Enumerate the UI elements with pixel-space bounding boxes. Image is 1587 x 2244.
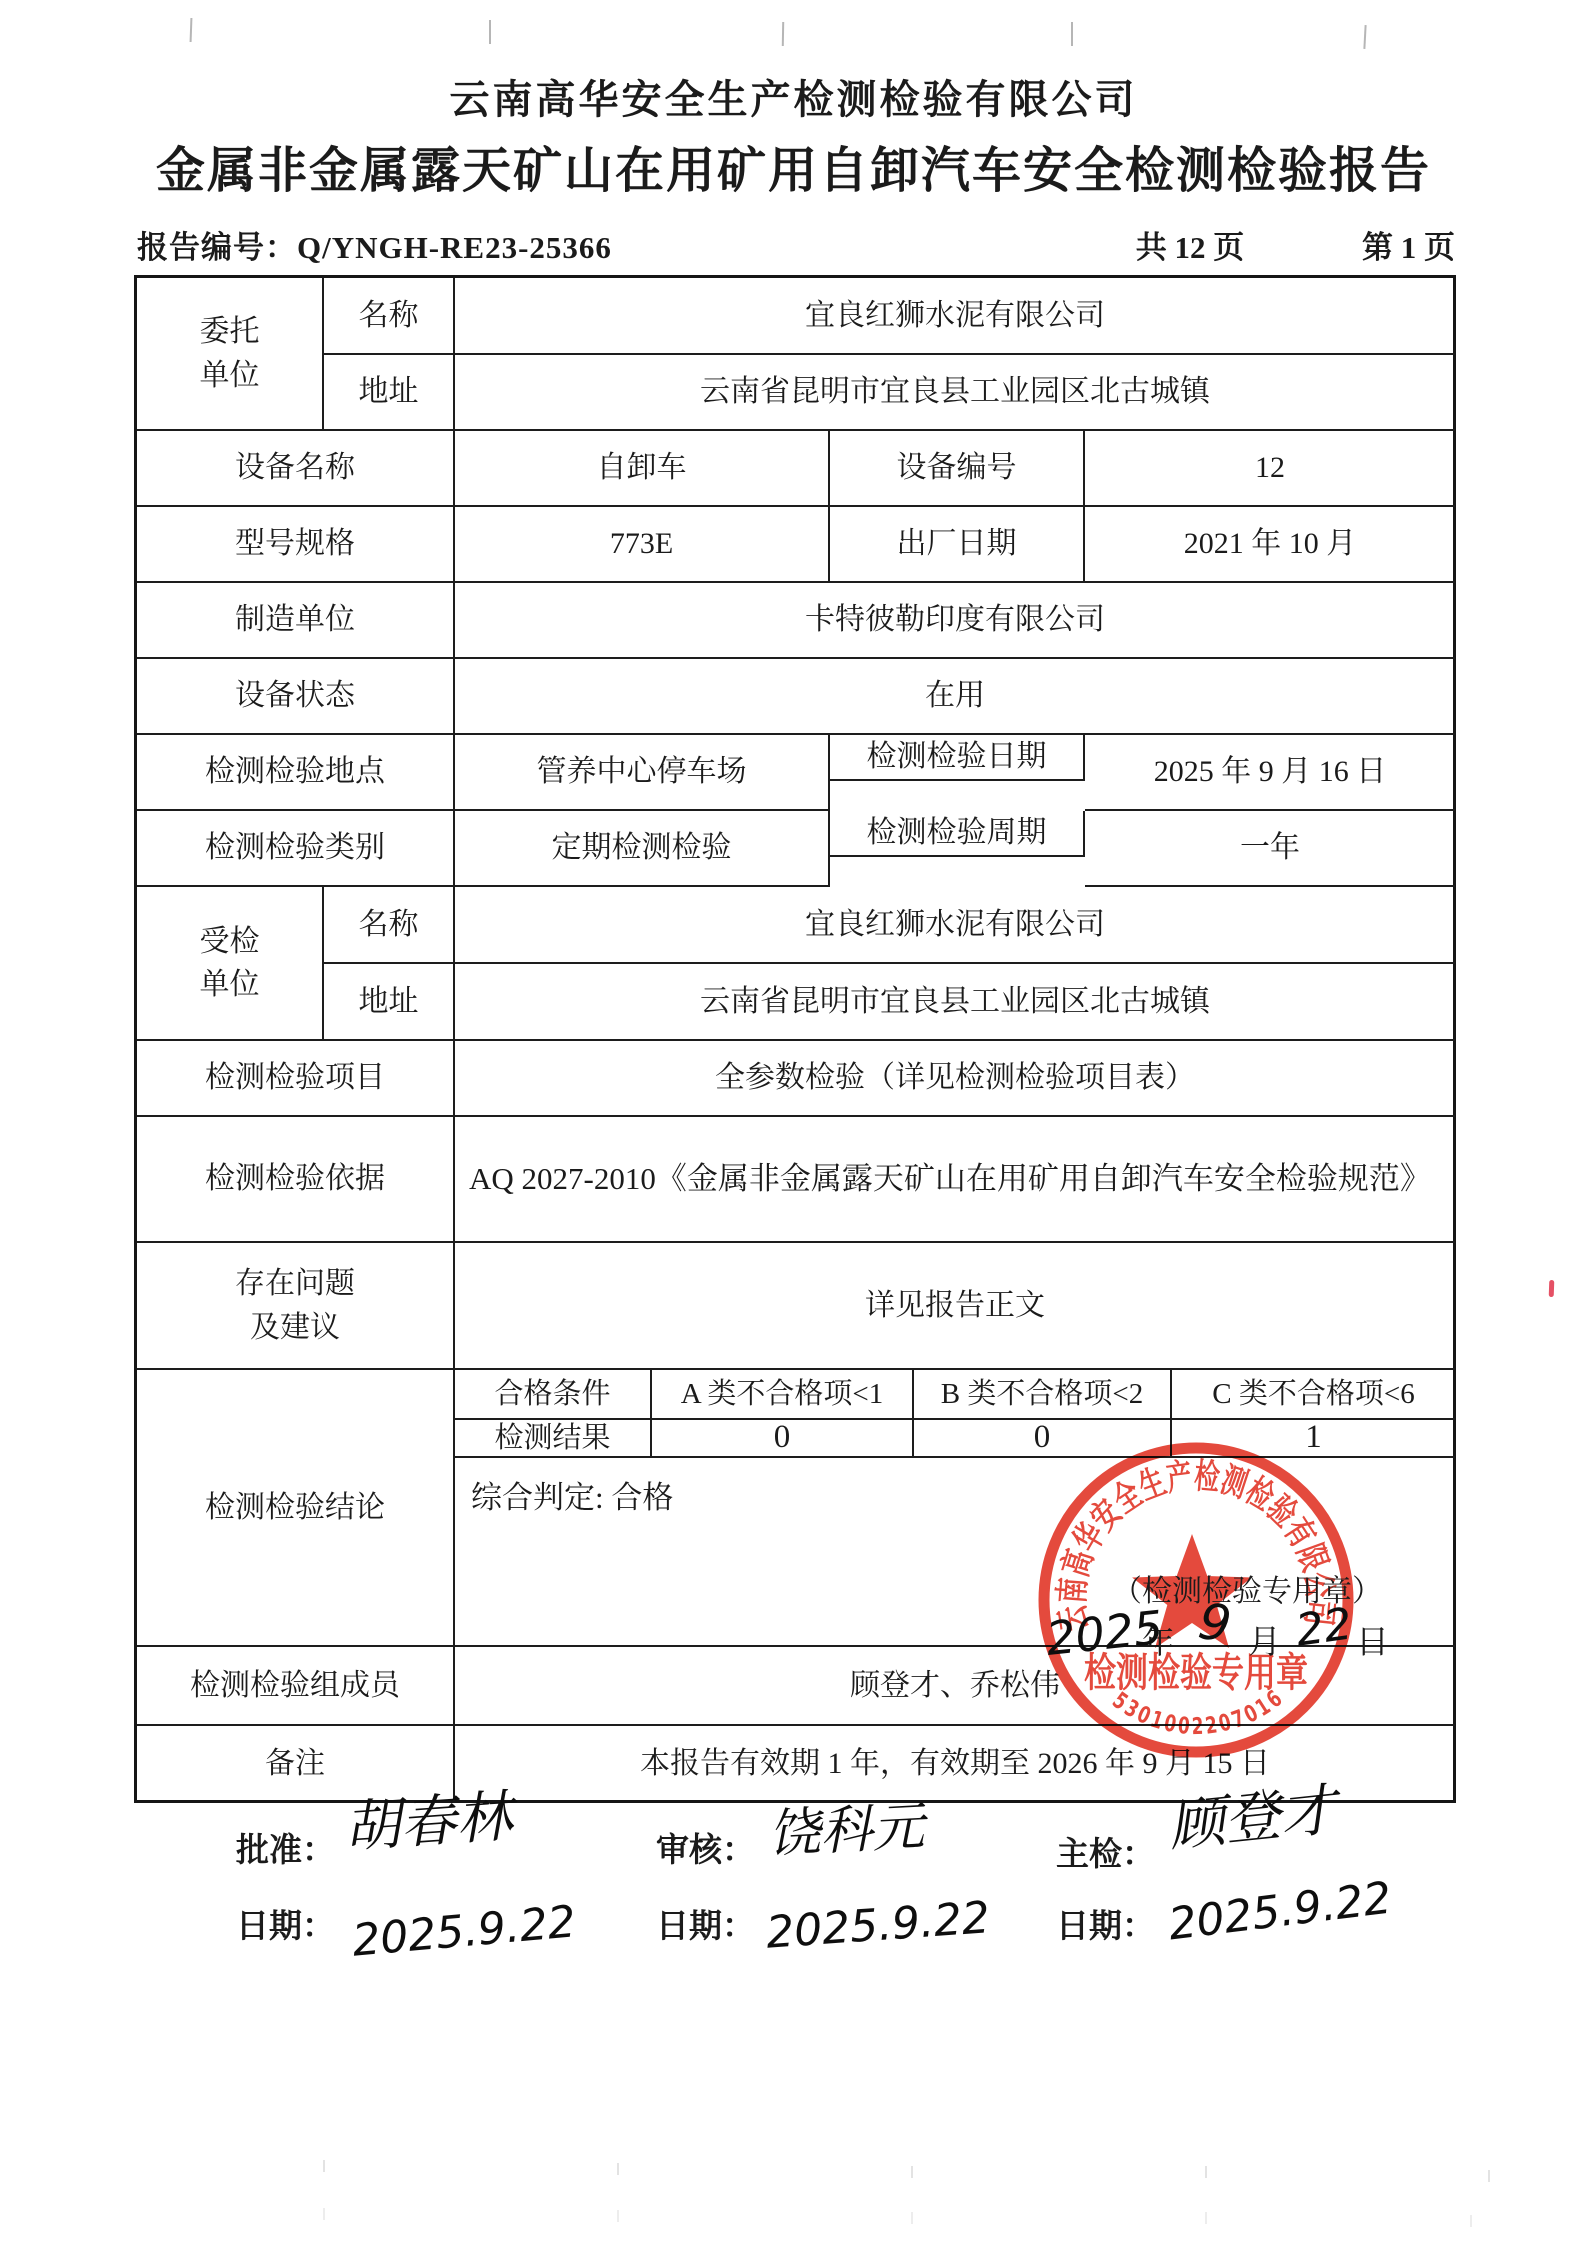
conclusion-label: 检测检验结论	[137, 1370, 455, 1647]
result-label: 检测结果	[455, 1420, 652, 1458]
company-name: 云南高华安全生产检测检验有限公司	[0, 68, 1587, 125]
scan-tick	[1071, 22, 1073, 46]
review-date-label: 日期：	[656, 1900, 755, 1947]
cond-a: A 类不合格项<1	[652, 1370, 914, 1420]
inspected-group-label: 受检 单位	[137, 887, 324, 1041]
report-number: 报告编号：Q/YNGH-RE23-25366	[137, 222, 612, 267]
page-indicator: 共 12 页 第 1 页	[1026, 222, 1455, 267]
inspected-addr-label: 地址	[324, 964, 455, 1041]
mfg-date-label: 出厂日期	[830, 507, 1085, 583]
type-label: 检测检验类别	[137, 811, 455, 887]
client-addr-value: 云南省昆明市宜良县工业园区北古城镇	[455, 355, 1455, 431]
basis-label: 检测检验依据	[137, 1117, 455, 1243]
chief-date: 2025.9.22	[1166, 1873, 1394, 1951]
maker-label: 制造单位	[137, 583, 455, 659]
device-no-value: 12	[1085, 431, 1455, 507]
report-title: 金属非金属露天矿山在用矿用自卸汽车安全检测检验报告	[0, 132, 1587, 202]
seal-date-month-unit: 月	[1248, 1616, 1281, 1663]
review-signature: 饶科元	[766, 1784, 926, 1867]
status-label: 设备状态	[137, 659, 455, 735]
place-label: 检测检验地点	[137, 735, 455, 811]
cond-b: B 类不合格项<2	[914, 1370, 1172, 1420]
seal-date-day-hand: 22	[1293, 1598, 1356, 1656]
chief-signature: 顾登才	[1164, 1765, 1339, 1862]
result-a: 0	[652, 1420, 914, 1458]
scan-tick	[782, 22, 784, 46]
client-name-label: 名称	[324, 278, 455, 355]
scan-tick	[190, 18, 193, 42]
client-addr-label: 地址	[324, 355, 455, 431]
inspected-name-label: 名称	[324, 887, 455, 964]
maker-value: 卡特彼勒印度有限公司	[455, 583, 1455, 659]
problems-value: 详见报告正文	[455, 1243, 1455, 1370]
status-value: 在用	[455, 659, 1455, 735]
cycle-value: 一年	[1085, 811, 1455, 887]
device-name-label: 设备名称	[137, 431, 455, 507]
type-value: 定期检测检验	[455, 811, 830, 887]
mfg-date-value: 2021 年 10 月	[1085, 507, 1455, 583]
problems-label: 存在问题 及建议	[137, 1243, 455, 1370]
pages-total: 共 12 页	[1136, 230, 1245, 265]
basis-value: AQ 2027-2010《金属非金属露天矿山在用矿用自卸汽车安全检验规范》	[455, 1117, 1455, 1243]
cycle-label: 检测检验周期	[830, 811, 1085, 857]
scan-tick	[1205, 2166, 1207, 2178]
cond-c: C 类不合格项<6	[1172, 1370, 1455, 1420]
chief-date-label: 日期：	[1056, 1900, 1155, 1947]
client-name-value: 宜良红狮水泥有限公司	[455, 278, 1455, 355]
scan-tick	[1488, 2170, 1490, 2182]
scan-tick	[911, 2166, 913, 2178]
red-proof-mark	[1549, 1280, 1555, 1297]
inspected-name-value: 宜良红狮水泥有限公司	[455, 887, 1455, 964]
review-date: 2025.9.22	[764, 1892, 991, 1958]
insp-date-value: 2025 年 9 月 16 日	[1085, 735, 1455, 811]
review-label: 审核：	[656, 1824, 755, 1871]
items-label: 检测检验项目	[137, 1041, 455, 1117]
report-meta-row: 报告编号：Q/YNGH-RE23-25366 共 12 页 第 1 页	[137, 222, 1455, 266]
scan-tick	[323, 2160, 325, 2172]
items-value: 全参数检验（详见检测检验项目表）	[455, 1041, 1455, 1117]
scan-tick	[489, 20, 491, 44]
device-name-value: 自卸车	[455, 431, 830, 507]
seal-date-day-unit: 日	[1356, 1616, 1389, 1663]
insp-date-label: 检测检验日期	[830, 735, 1085, 781]
approve-date: 2025.9.22	[350, 1896, 578, 1966]
page-current: 第 1 页	[1362, 230, 1455, 265]
place-value: 管养中心停车场	[455, 735, 830, 811]
client-group-label: 委托 单位	[137, 278, 324, 431]
model-label: 型号规格	[137, 507, 455, 583]
verdict-text: 综合判定: 合格	[471, 1472, 673, 1517]
team-label: 检测检验组成员	[137, 1647, 455, 1726]
report-page: 云南高华安全生产检测检验有限公司 金属非金属露天矿山在用矿用自卸汽车安全检测检验…	[0, 0, 1587, 2244]
scan-tick	[1363, 25, 1366, 49]
inspected-addr-value: 云南省昆明市宜良县工业园区北古城镇	[455, 964, 1455, 1041]
model-value: 773E	[455, 507, 830, 583]
approve-label: 批准：	[236, 1824, 335, 1871]
device-no-label: 设备编号	[830, 431, 1085, 507]
scan-tick	[1470, 2215, 1472, 2227]
cond-label: 合格条件	[455, 1370, 652, 1420]
scan-tick	[911, 2212, 913, 2224]
scan-tick	[323, 2208, 325, 2220]
scan-tick	[1205, 2212, 1207, 2224]
approve-signature: 胡春林	[341, 1772, 514, 1864]
scan-tick	[617, 2163, 619, 2175]
approve-date-label: 日期：	[236, 1900, 335, 1947]
scan-tick	[617, 2210, 619, 2222]
chief-label: 主检：	[1056, 1828, 1155, 1875]
